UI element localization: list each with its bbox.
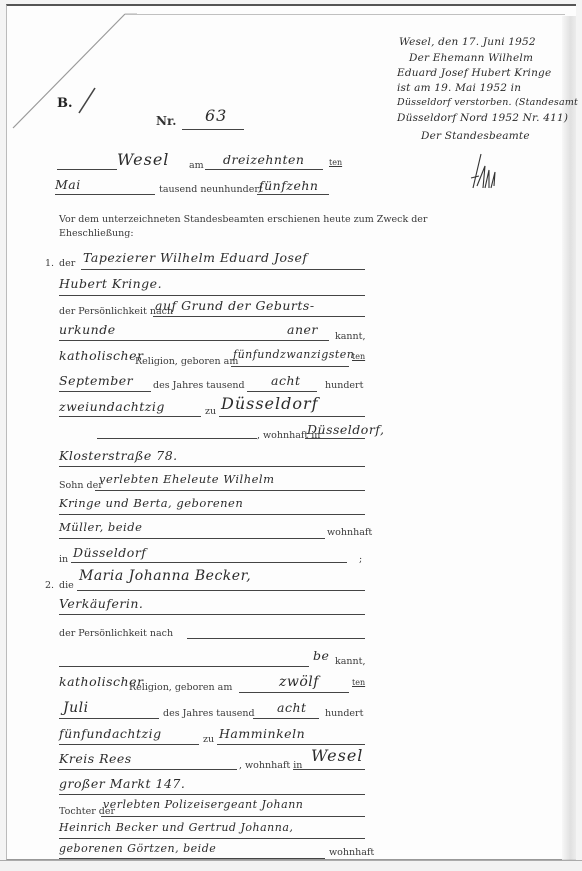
registration-month: Mai: [55, 177, 81, 192]
groom-birth-year-underline: [59, 416, 201, 417]
bride-identity-underline-2: [59, 666, 309, 667]
margin-note-line-1: Wesel, den 17. Juni 1952: [399, 36, 536, 48]
groom-parents-line-1: verlebten Eheleute Wilhelm: [99, 472, 274, 486]
groom-jahres-label: des Jahres tausend: [153, 380, 245, 391]
bride-birthplace-line-2: Kreis Rees: [59, 751, 132, 766]
bride-parents-line-2: Heinrich Becker und Gertrud Johanna,: [59, 821, 293, 834]
bride-parents-underline-2: [59, 838, 365, 839]
bride-identity-underline-1: [187, 638, 365, 639]
page-binding-shadow: [562, 16, 576, 861]
groom-birth-century-underline: [247, 391, 317, 392]
groom-birth-year: zweiundachtzig: [59, 399, 165, 414]
groom-name-underline-1: [81, 269, 365, 270]
section-slash-mark: [75, 86, 97, 116]
groom-parents-wohnhaft-label: wohnhaft: [327, 527, 372, 538]
registrar-signature: [463, 148, 503, 192]
bride-ten-suffix: ten: [352, 678, 365, 687]
month-underline: [55, 194, 155, 195]
bride-parents-wohnhaft-label: wohnhaft: [329, 847, 374, 858]
bride-kannt-label: kannt,: [335, 656, 366, 667]
groom-identity-hand-3: aner: [287, 322, 318, 337]
groom-parents-line-3: Müller, beide: [59, 520, 142, 534]
groom-kannt-label: kannt,: [335, 331, 366, 342]
groom-parents-in-label: in: [59, 554, 68, 565]
groom-identity-hand-2: urkunde: [59, 322, 116, 337]
am-label: am: [189, 160, 204, 171]
bride-street: großer Markt 147.: [59, 776, 185, 791]
bride-birthplace-underline-2: [59, 769, 237, 770]
bride-birth-century: acht: [277, 700, 307, 715]
groom-street-underline: [59, 466, 365, 467]
bride-parents-underline-3: [59, 858, 325, 859]
bride-zu-label: zu: [203, 734, 214, 745]
bride-identity-label: der Persönlichkeit nach: [59, 628, 173, 639]
groom-ten-suffix: ten: [352, 352, 365, 361]
groom-birth-day-underline: [231, 366, 349, 367]
groom-residence: Düsseldorf,: [307, 422, 384, 437]
groom-birthplace: Düsseldorf: [221, 394, 319, 413]
bride-index: 2.: [45, 580, 54, 591]
groom-parents-end: ;: [359, 554, 362, 565]
bride-religion-label: Religion, geboren am: [129, 682, 232, 693]
bride-birth-century-underline: [253, 718, 319, 719]
groom-parents-underline-2: [59, 514, 365, 515]
groom-birthplace-underline: [219, 416, 365, 417]
groom-article: der: [59, 258, 75, 269]
bride-article: die: [59, 580, 74, 591]
year-printed: tausend neunhundert: [159, 184, 263, 195]
bride-hundert-label: hundert: [325, 708, 363, 719]
groom-name-line-1: Tapezierer Wilhelm Eduard Josef: [83, 250, 307, 265]
groom-hundert-label: hundert: [325, 380, 363, 391]
registration-year: fünfzehn: [259, 178, 318, 193]
groom-name-underline-2: [59, 295, 365, 296]
page-corner-fold: [7, 6, 137, 136]
bride-birthplace-underline-1: [217, 744, 365, 745]
entry-number-label: Nr.: [156, 114, 176, 128]
bride-name-line-2: Verkäuferin.: [59, 596, 143, 611]
entry-number-underline: [182, 129, 244, 130]
bride-birthplace-line-1: Hamminkeln: [219, 726, 305, 741]
margin-note-line-2: Der Ehemann Wilhelm: [409, 52, 533, 64]
bride-birth-month: Juli: [63, 700, 89, 716]
register-page: B. Nr. 63 Wesel am dreizehnten ten Mai t…: [6, 4, 576, 860]
groom-parents-underline-3: [59, 538, 325, 539]
section-letter: B.: [57, 96, 73, 111]
bride-parents-line-1: verlebten Polizeisergeant Johann: [103, 798, 303, 811]
bride-identity-hand: be: [313, 648, 329, 663]
groom-street: Klosterstraße 78.: [59, 448, 178, 463]
groom-birth-month-underline: [59, 391, 151, 392]
groom-birth-day: fünfundzwanzigsten: [233, 348, 354, 361]
bride-birth-year: fünfundachtzig: [59, 726, 162, 741]
registration-place: Wesel: [117, 150, 169, 169]
margin-note-line-5: Düsseldorf verstorben. (Standesamt: [397, 97, 578, 108]
bride-name-underline-2: [59, 614, 365, 615]
bride-birth-month-underline: [59, 718, 159, 719]
bride-birth-year-underline: [59, 744, 199, 745]
entry-number-value: 63: [205, 106, 227, 125]
intro-line-2: Eheschließung:: [59, 228, 134, 239]
groom-parents-residence: Düsseldorf: [73, 545, 146, 560]
registration-day: dreizehnten: [223, 152, 304, 167]
intro-line-1: Vor dem unterzeichneten Standesbeamten e…: [59, 214, 427, 225]
groom-parents-line-2: Kringe und Berta, geborenen: [59, 496, 243, 510]
groom-name-line-2: Hubert Kringe.: [59, 276, 162, 291]
ten-suffix: ten: [329, 158, 342, 167]
bride-birth-day-underline: [239, 692, 349, 693]
groom-identity-underline-1: [153, 316, 365, 317]
margin-note-line-3: Eduard Josef Hubert Kringe: [397, 67, 551, 79]
scan-bottom-border: [0, 860, 582, 871]
groom-index: 1.: [45, 258, 54, 269]
bride-name-line-1: Maria Johanna Becker,: [79, 568, 251, 584]
groom-parents-residence-underline: [71, 562, 347, 563]
bride-name-underline-1: [77, 590, 365, 591]
bride-parents-line-3: geborenen Görtzen, beide: [59, 842, 216, 855]
groom-birth-month: September: [59, 373, 133, 388]
bride-parents-underline-1: [101, 816, 365, 817]
top-edge-line: [125, 14, 565, 15]
groom-birth-century: acht: [271, 373, 301, 388]
place-lead-line: [57, 169, 117, 170]
bride-street-underline: [59, 794, 365, 795]
bride-birth-day: zwölf: [279, 674, 319, 690]
bride-jahres-label: des Jahres tausend: [163, 708, 255, 719]
day-underline: [205, 169, 323, 170]
margin-note-line-4: ist am 19. Mai 1952 in: [397, 82, 521, 94]
bride-residence: Wesel: [311, 746, 363, 765]
year-underline: [257, 194, 329, 195]
margin-note-line-7: Der Standesbeamte: [421, 130, 530, 142]
margin-note-line-6: Düsseldorf Nord 1952 Nr. 411): [397, 112, 568, 124]
groom-religion-label: Religion, geboren am: [135, 356, 238, 367]
groom-identity-hand-1: auf Grund der Geburts-: [155, 298, 315, 313]
groom-identity-underline-2: [59, 340, 329, 341]
bride-residence-underline: [293, 769, 365, 770]
groom-zu-label: zu: [205, 406, 216, 417]
groom-residence-lead-line: [97, 438, 257, 439]
groom-parents-underline-1: [95, 490, 365, 491]
groom-religion: katholischer: [59, 348, 143, 363]
groom-residence-underline: [305, 438, 365, 439]
